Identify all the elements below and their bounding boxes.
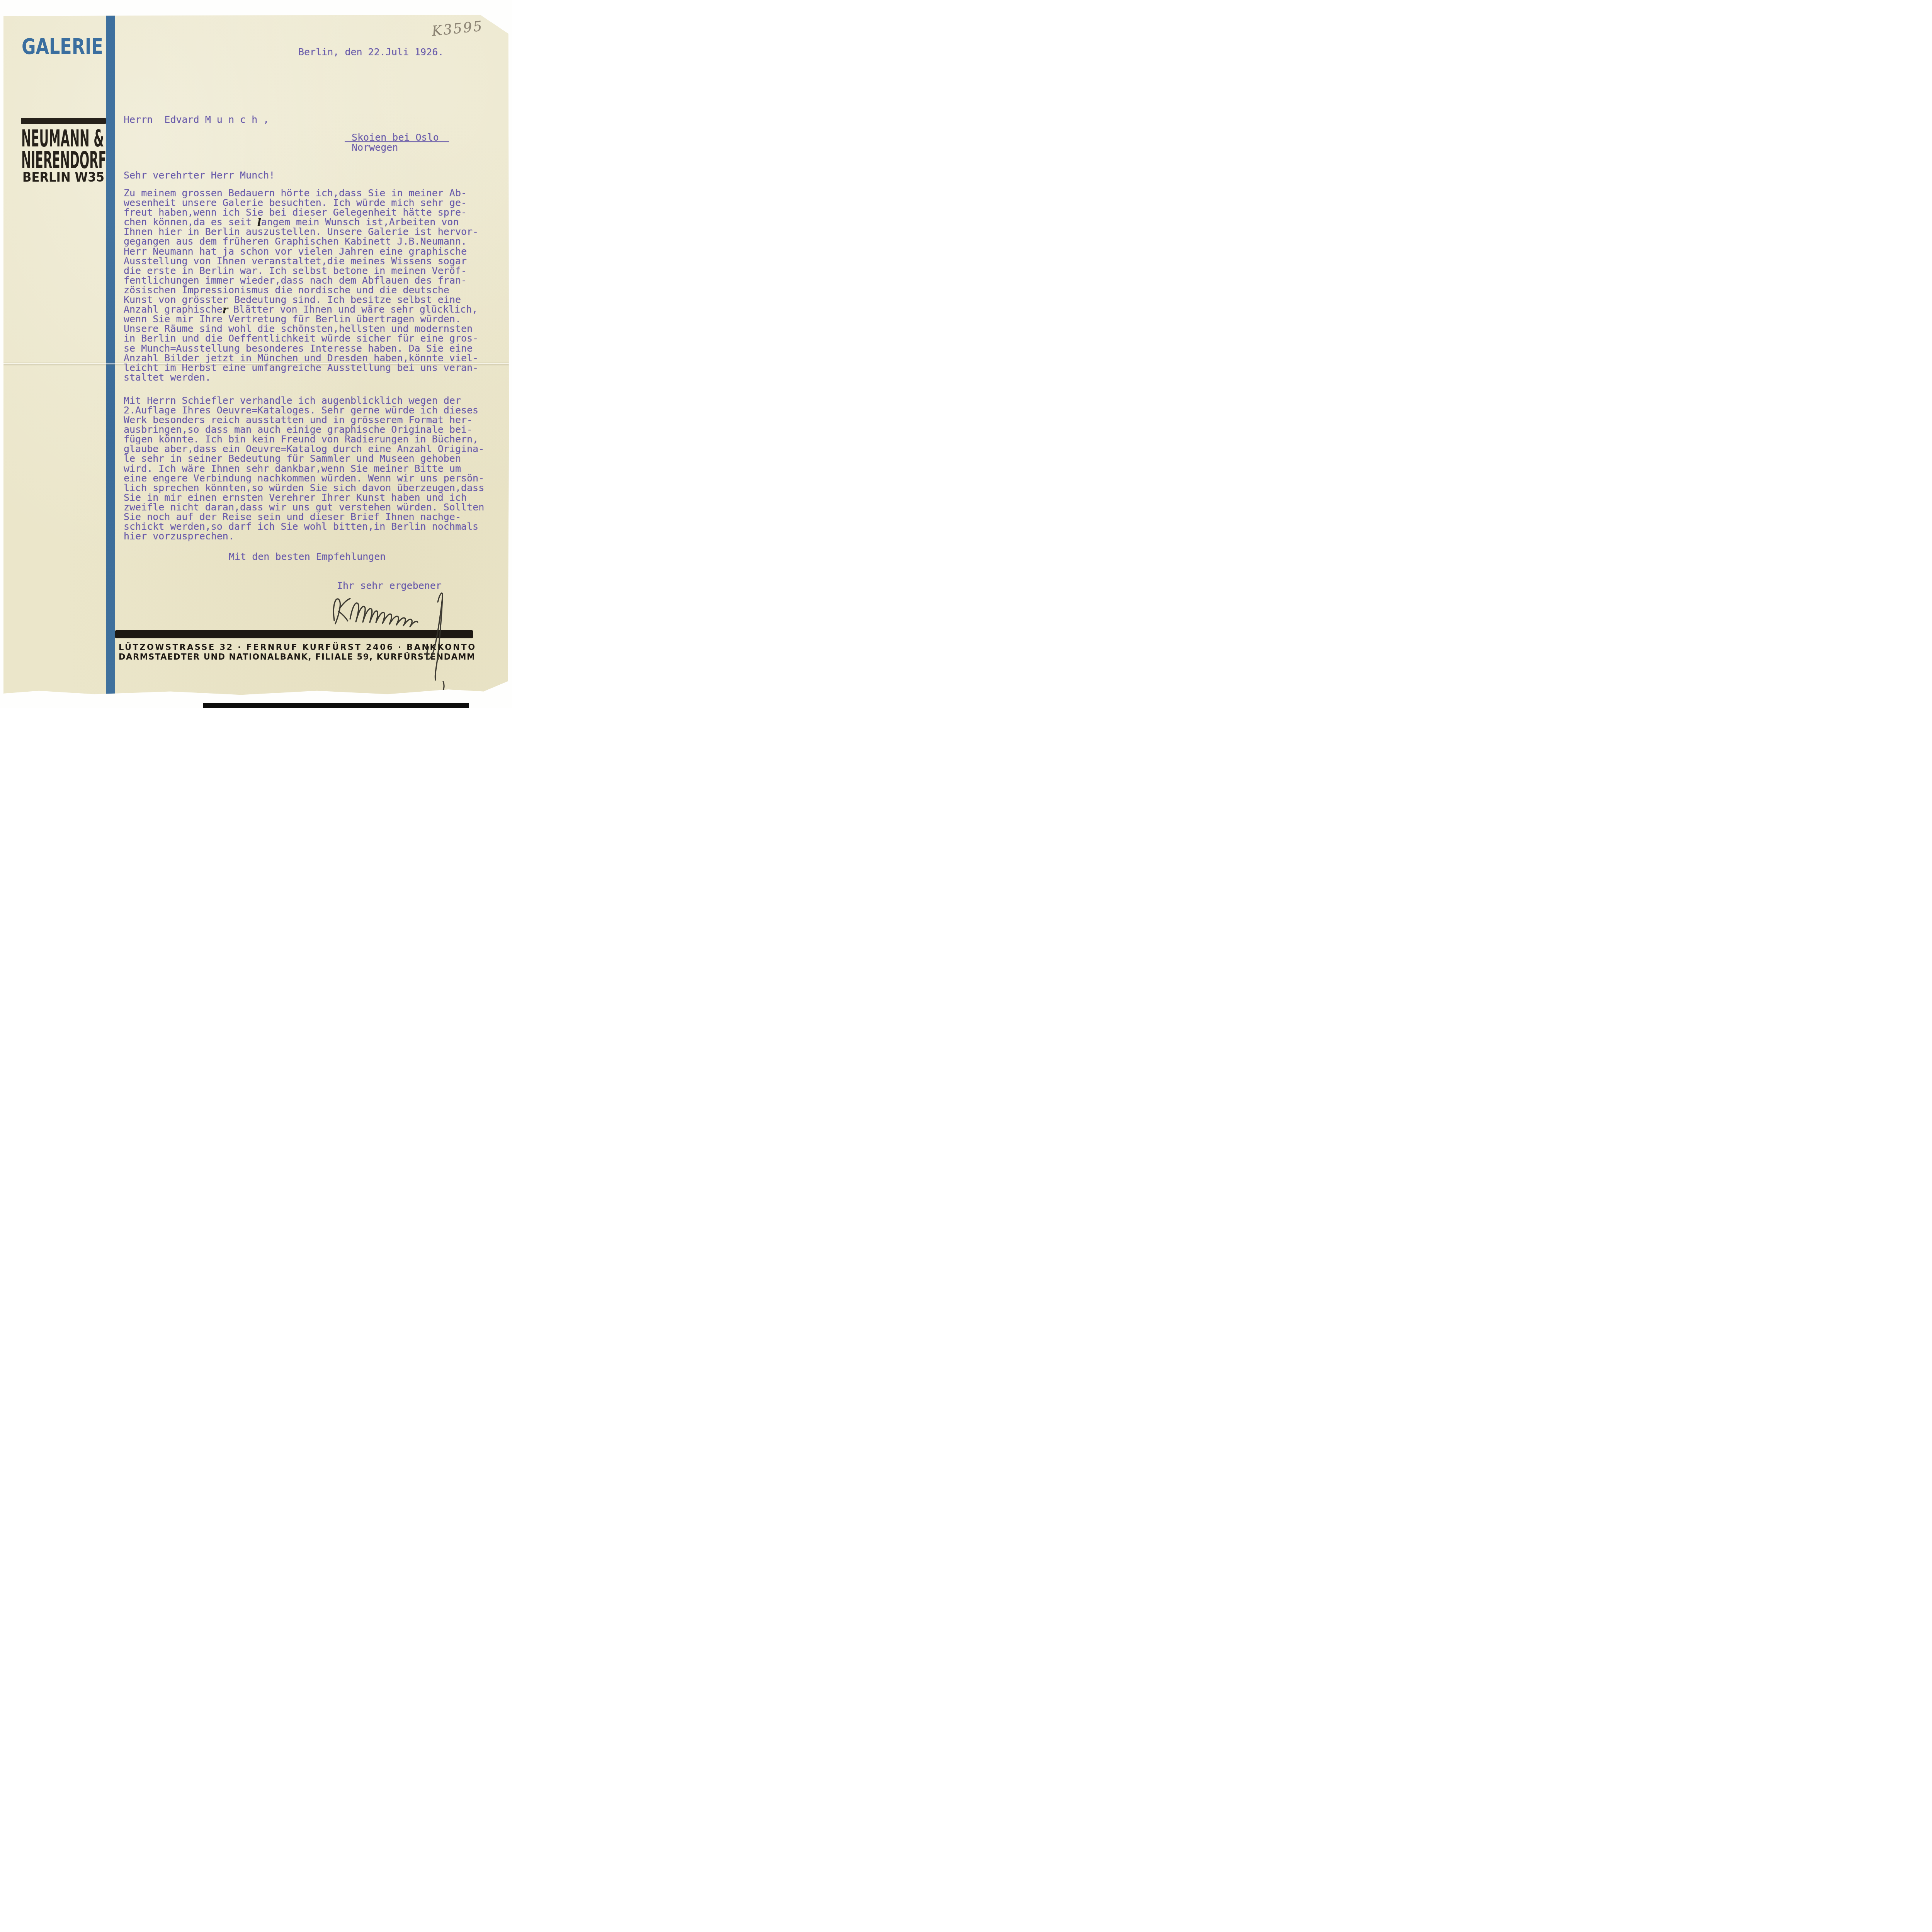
typed-line: zösischen Impressionismus die nordische … bbox=[124, 285, 484, 295]
typed-line: zweifle nicht daran,dass wir uns gut ver… bbox=[124, 502, 484, 512]
galerie-logo: GALERIE bbox=[21, 36, 104, 56]
typed-line: Werk besonders reich ausstatten und in g… bbox=[124, 415, 484, 425]
salutation-line: Sehr verehrter Herr Munch! bbox=[124, 170, 275, 180]
galerie-logo-text: GALERIE bbox=[22, 34, 103, 59]
letterhead-name-line1: NEUMANN & bbox=[21, 126, 107, 148]
letter-paragraph: Zu meinem grossen Bedauern hörte ich,das… bbox=[124, 188, 484, 382]
typed-line: Sie in mir einen ernsten Verehrer Ihrer … bbox=[124, 493, 484, 502]
typed-line: wenn Sie mir Ihre Vertretung für Berlin … bbox=[124, 314, 484, 324]
address-country: Norwegen bbox=[352, 143, 398, 152]
letter-body: Zu meinem grossen Bedauern hörte ich,das… bbox=[124, 188, 484, 541]
scan-edge-black-strip bbox=[203, 703, 469, 708]
typed-line: 2.Auflage Ihres Oeuvre=Kataloges. Sehr g… bbox=[124, 405, 484, 415]
typed-line: Herr Neumann hat ja schon vor vielen Jah… bbox=[124, 247, 484, 256]
blue-vertical-stripe bbox=[106, 15, 115, 696]
typed-line: Kunst von grösster Bedeutung sind. Ich b… bbox=[124, 295, 484, 304]
scanned-letter-background: GALERIE NEUMANN & NIERENDORF BERLIN W35 … bbox=[0, 0, 512, 708]
typed-line: Unsere Räume sind wohl die schönsten,hel… bbox=[124, 324, 484, 333]
typed-line: leicht im Herbst eine umfangreiche Ausst… bbox=[124, 363, 484, 372]
closing-line: Mit den besten Empfehlungen bbox=[229, 552, 386, 561]
typed-line: eine engere Verbindung nachkommen würden… bbox=[124, 473, 484, 483]
typed-line: staltet werden. bbox=[124, 372, 484, 382]
typed-line: fügen könnte. Ich bin kein Freund von Ra… bbox=[124, 434, 484, 444]
typed-line: die erste in Berlin war. Ich selbst beto… bbox=[124, 266, 484, 276]
typed-line: Mit Herrn Schiefler verhandle ich augenb… bbox=[124, 396, 484, 405]
typed-line: wesenheit unsere Galerie besuchten. Ich … bbox=[124, 198, 484, 207]
signature-karl-nierendorf bbox=[328, 579, 456, 695]
typed-line: glaube aber,dass ein Oeuvre=Katalog durc… bbox=[124, 444, 484, 454]
letter-paragraph: Mit Herrn Schiefler verhandle ich augenb… bbox=[124, 396, 484, 541]
typed-line: Anzahl Bilder jetzt in München und Dresd… bbox=[124, 353, 484, 363]
letter-page: GALERIE NEUMANN & NIERENDORF BERLIN W35 … bbox=[3, 15, 509, 696]
typed-line: Ihnen hier in Berlin auszustellen. Unser… bbox=[124, 227, 484, 236]
letterhead-city-line-text: BERLIN W35 bbox=[22, 170, 104, 185]
typed-line: se Munch=Ausstellung besonderes Interess… bbox=[124, 344, 484, 353]
typed-line: Ausstellung von Ihnen veranstaltet,die m… bbox=[124, 256, 484, 266]
pencil-archive-number: K3595 bbox=[431, 18, 484, 39]
letterhead-black-bar bbox=[21, 118, 106, 124]
typed-line: lich sprechen könnten,so würden Sie sich… bbox=[124, 483, 484, 493]
recipient-line: Herrn Edvard M u n c h , bbox=[124, 115, 269, 124]
typed-line: Sie noch auf der Reise sein und dieser B… bbox=[124, 512, 484, 522]
typed-line: in Berlin und die Oeffentlichkeit würde … bbox=[124, 333, 484, 343]
handwritten-ink-correction: r bbox=[222, 304, 228, 315]
typed-line: schickt werden,so darf ich Sie wohl bitt… bbox=[124, 522, 484, 531]
typed-line: chen können,da es seit langem mein Wunsc… bbox=[124, 217, 484, 227]
typed-line: wird. Ich wäre Ihnen sehr dankbar,wenn S… bbox=[124, 464, 484, 473]
typed-line: fentlichungen immer wieder,dass nach dem… bbox=[124, 276, 484, 285]
letterhead-name-line2: NIERENDORF bbox=[21, 151, 108, 170]
date-line: Berlin, den 22.Juli 1926. bbox=[298, 47, 444, 57]
typed-line: hier vorzusprechen. bbox=[124, 531, 484, 541]
typed-line: freut haben,wenn ich Sie bei dieser Gele… bbox=[124, 207, 484, 217]
typed-line: gegangen aus dem früheren Graphischen Ka… bbox=[124, 236, 484, 246]
typed-line: Zu meinem grossen Bedauern hörte ich,das… bbox=[124, 188, 484, 198]
typed-line: le sehr in seiner Bedeutung für Sammler … bbox=[124, 454, 484, 463]
letterhead-city-line: BERLIN W35 bbox=[22, 171, 105, 183]
typed-line: ausbringen,so dass man auch einige graph… bbox=[124, 425, 484, 434]
typed-line: Anzahl graphischer Blätter von Ihnen und… bbox=[124, 304, 484, 314]
handwritten-ink-correction: l bbox=[257, 217, 262, 228]
